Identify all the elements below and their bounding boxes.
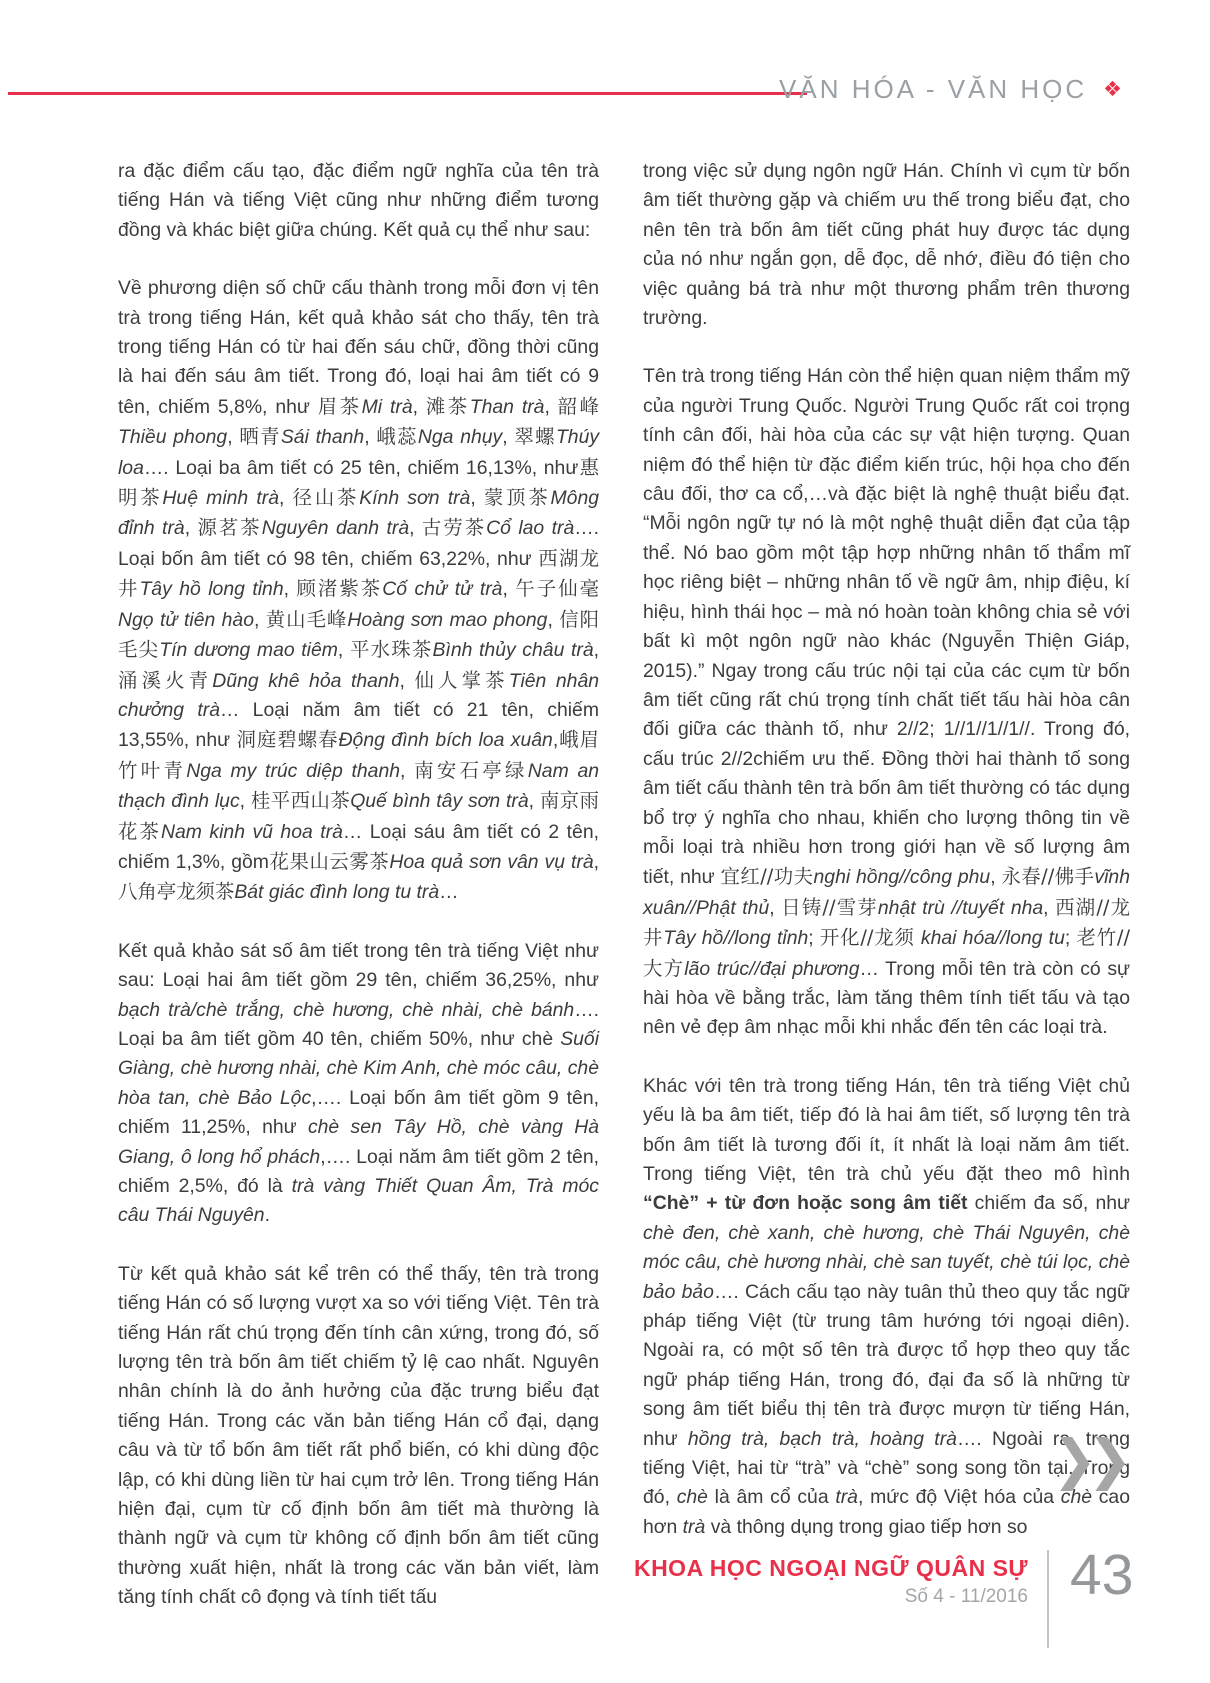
text-run: 桂平西山茶 — [251, 789, 350, 812]
footer-meta: KHOA HỌC NGOẠI NGỮ QUÂN SỰ Số 4 - 11/201… — [634, 1555, 1028, 1608]
text-run: 仙人掌茶 — [414, 669, 508, 692]
text-run: …. Cách cấu tạo này tuân thủ theo quy tắ… — [643, 1281, 1130, 1450]
text-run: lão trúc//đại phương — [684, 958, 859, 980]
text-run: Mi trà — [362, 396, 413, 418]
text-run: , — [990, 866, 1001, 888]
text-run: trà — [835, 1486, 858, 1508]
text-run: , — [284, 578, 297, 600]
text-run: Kết quả khảo sát số âm tiết trong tên tr… — [118, 940, 599, 991]
text-run: , — [594, 639, 599, 661]
text-run: Nga nhụy — [418, 426, 502, 448]
right-column: trong việc sử dụng ngôn ngữ Hán. Chính v… — [643, 157, 1130, 1571]
text-run: hồng trà, bạch trà, hoàng trà — [688, 1428, 957, 1450]
text-run: “Chè” + từ đơn hoặc song âm tiết — [643, 1192, 967, 1214]
text-run: chè — [677, 1486, 708, 1508]
paragraph: Kết quả khảo sát số âm tiết trong tên tr… — [118, 937, 599, 1231]
text-run: chiếm đa số, như — [967, 1192, 1130, 1214]
text-run: 南安石亭绿 — [414, 759, 528, 782]
diamond-icon: ❖ — [1103, 77, 1122, 102]
text-run: , — [254, 609, 266, 631]
text-run: và thông dụng trong giao tiếp hơn so — [705, 1516, 1027, 1538]
text-run: , — [470, 487, 484, 509]
text-run: 径山茶 — [293, 486, 360, 509]
text-run: Ngọ tử tiên hào — [118, 609, 254, 631]
text-run: Cổ lao trà — [486, 517, 574, 539]
text-run: , — [413, 396, 426, 418]
text-run: , — [400, 670, 415, 692]
text-run: , — [544, 396, 557, 418]
text-run: … — [439, 881, 458, 903]
text-run: 日铸//雪芽 — [781, 896, 878, 919]
journal-page: VĂN HÓA - VĂN HỌC ❖ ra đặc điểm cấu tạo,… — [0, 0, 1210, 1683]
text-run: , — [240, 790, 251, 812]
text-run: 眉茶 — [318, 395, 362, 418]
section-title: VĂN HÓA - VĂN HỌC — [779, 74, 1087, 105]
text-run: trong việc sử dụng ngôn ngữ Hán. Chính v… — [643, 160, 1130, 329]
text-run: bạch trà/chè trắng, chè hương, chè nhài,… — [118, 999, 574, 1021]
text-run: 峨蕊 — [376, 425, 418, 448]
page-number: 43 — [1070, 1547, 1133, 1604]
text-run: , — [338, 639, 350, 661]
text-run: 古劳茶 — [422, 516, 486, 539]
text-run: 宜红//功夫 — [721, 865, 814, 888]
text-run: nhật trù //tuyết nha — [878, 897, 1043, 919]
text-run: 洞庭碧螺春 — [237, 728, 339, 751]
text-run: , — [279, 487, 293, 509]
text-run: 涌溪火青 — [118, 669, 212, 692]
text-run: 开化//龙须 — [820, 926, 915, 949]
text-run: là âm cổ của — [708, 1486, 835, 1508]
text-run: Tín dương mao tiêm — [159, 639, 338, 661]
text-run: , — [400, 760, 414, 782]
text-run: Từ kết quả khảo sát kể trên có thể thấy,… — [118, 1263, 599, 1608]
text-run: . — [265, 1204, 270, 1226]
text-run: , — [502, 578, 515, 600]
journal-name: KHOA HỌC NGOẠI NGỮ QUÂN SỰ — [634, 1555, 1028, 1582]
text-run: 八角亭龙须茶 — [118, 880, 234, 903]
text-run: , — [502, 426, 514, 448]
left-column: ra đặc điểm cấu tạo, đặc điểm ngữ nghĩa … — [118, 157, 599, 1642]
text-run: , — [529, 790, 540, 812]
text-run: Tây hồ long tỉnh — [139, 578, 283, 600]
text-run: , — [185, 517, 198, 539]
text-run: 源茗茶 — [198, 516, 262, 539]
text-run: ra đặc điểm cấu tạo, đặc điểm ngữ nghĩa … — [118, 160, 599, 241]
text-run: Quế bình tây sơn trà — [350, 790, 528, 812]
text-run: , — [769, 897, 781, 919]
text-run: 永春//佛手 — [1001, 865, 1094, 888]
text-run: , — [547, 609, 559, 631]
text-run: 顾渚紫茶 — [296, 577, 382, 600]
text-run: Tên trà trong tiếng Hán còn thể hiện qua… — [643, 365, 1130, 888]
text-run: Thiều phong — [118, 426, 227, 448]
text-run: 黄山毛峰 — [266, 608, 348, 631]
text-run: Tây hồ//long tỉnh — [663, 927, 808, 949]
text-run: 滩茶 — [426, 395, 470, 418]
text-run: 韶峰 — [558, 395, 599, 418]
text-run: Bát giác đình long tu trà — [234, 881, 439, 903]
text-run: Khác với tên trà trong tiếng Hán, tên tr… — [643, 1075, 1130, 1185]
text-run: Huệ minh trà — [162, 487, 279, 509]
text-run: Hoàng sơn mao phong — [347, 609, 547, 631]
text-run: 平水珠茶 — [350, 638, 433, 661]
text-run: Nguyên danh trà — [262, 517, 409, 539]
text-run: nghi hồng//công phu — [814, 866, 991, 888]
text-run: Kính sơn trà — [359, 487, 470, 509]
double-chevron-icon: ❯❯ — [1052, 1433, 1123, 1487]
text-run: ; — [808, 927, 820, 949]
text-run: Cố chử tử trà — [382, 578, 502, 600]
text-run: , — [1043, 897, 1055, 919]
text-run: Than trà — [470, 396, 545, 418]
text-run: 翠螺 — [514, 425, 556, 448]
paragraph: Tên trà trong tiếng Hán còn thể hiện qua… — [643, 362, 1130, 1042]
text-run: Nam kinh vũ hoa trà — [161, 821, 343, 843]
footer-divider — [1047, 1550, 1049, 1648]
text-run: , — [364, 426, 376, 448]
text-run: …. Loại ba âm tiết có 25 tên, chiếm 16,1… — [144, 457, 578, 479]
text-run: 晒青 — [239, 425, 281, 448]
text-run: Dũng khê hỏa thanh — [212, 670, 399, 692]
header-rule — [8, 92, 807, 95]
paragraph: ra đặc điểm cấu tạo, đặc điểm ngữ nghĩa … — [118, 157, 599, 245]
text-run: , — [409, 517, 422, 539]
paragraph: Về phương diện số chữ cấu thành trong mỗ… — [118, 274, 599, 908]
text-run: 蒙顶茶 — [484, 486, 551, 509]
text-run: , mức độ Việt hóa của — [858, 1486, 1061, 1508]
text-run: trà — [683, 1516, 706, 1538]
issue-label: Số 4 - 11/2016 — [634, 1586, 1028, 1608]
text-run: Sái thanh — [281, 426, 364, 448]
section-header: VĂN HÓA - VĂN HỌC ❖ — [779, 74, 1122, 105]
text-run: 午子仙毫 — [515, 577, 599, 600]
text-run: khai hóa//long tu — [915, 927, 1065, 949]
text-run: Động đình bích loa xuân — [339, 729, 553, 751]
text-run: , — [227, 426, 239, 448]
paragraph: Từ kết quả khảo sát kể trên có thể thấy,… — [118, 1260, 599, 1613]
text-run: Hoa quả sơn vân vụ trà — [389, 851, 593, 873]
text-run: , — [594, 851, 599, 873]
text-run: 花果山云雾茶 — [269, 850, 389, 873]
text-run: Nga my trúc diệp thanh — [186, 760, 400, 782]
paragraph: trong việc sử dụng ngôn ngữ Hán. Chính v… — [643, 157, 1130, 333]
text-run: ; — [1065, 927, 1077, 949]
text-run: Bình thủy châu trà — [433, 639, 594, 661]
